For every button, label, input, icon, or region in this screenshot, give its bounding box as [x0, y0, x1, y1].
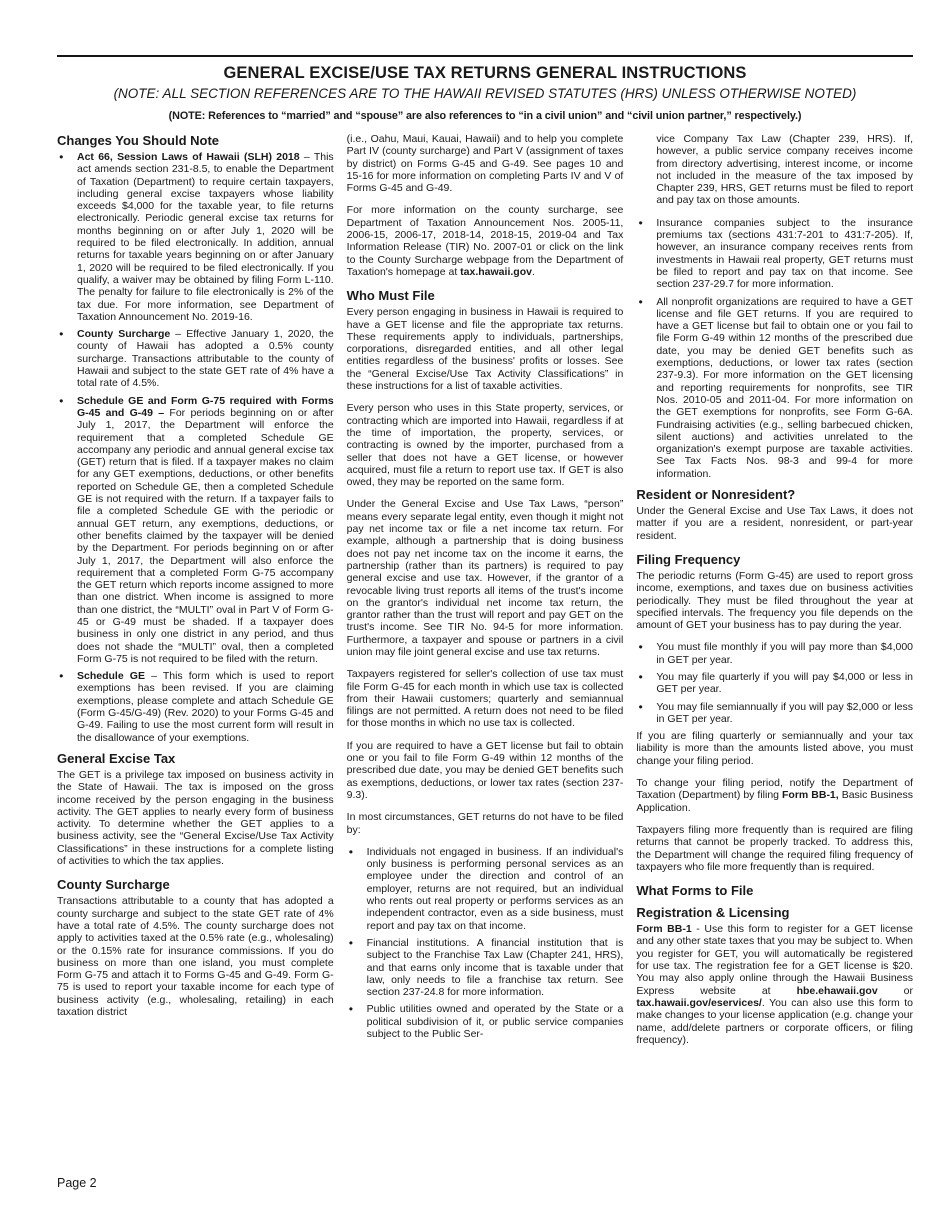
- column-left: Changes You Should Note●Act 66, Session …: [57, 133, 334, 1028]
- bullet-icon: ●: [636, 701, 656, 726]
- section-heading-registration-licensing: Registration & Licensing: [636, 905, 913, 920]
- text-run: (i.e., Oahu, Maui, Kauai, Hawaii) and to…: [347, 133, 624, 194]
- bullet-text: Public utilities owned and operated by t…: [367, 1003, 624, 1040]
- section-heading-filing-frequency: Filing Frequency: [636, 552, 913, 567]
- paragraph: If you are filing quarterly or semiannua…: [636, 730, 913, 767]
- page-number: Page 2: [57, 1176, 97, 1190]
- section-heading-what-forms-to-file: What Forms to File: [636, 883, 913, 898]
- three-column-body: Changes You Should Note●Act 66, Session …: [57, 133, 913, 1056]
- bullet-icon: ●: [57, 151, 77, 323]
- paragraph: The GET is a privilege tax imposed on bu…: [57, 769, 334, 867]
- bullet-item: ●Act 66, Session Laws of Hawaii (SLH) 20…: [57, 151, 334, 323]
- bullet-icon: ●: [636, 217, 656, 291]
- bullet-icon: ●: [347, 937, 367, 998]
- paragraph: Transactions attributable to a county th…: [57, 895, 334, 1018]
- text-run: .: [532, 266, 535, 278]
- paragraph: In most circumstances, GET returns do no…: [347, 811, 624, 836]
- text-run: If you are filing quarterly or semiannua…: [636, 730, 913, 767]
- text-run: You must file monthly if you will pay mo…: [656, 641, 913, 665]
- header-rule: [57, 55, 913, 57]
- section-heading-resident-or-nonresident: Resident or Nonresident?: [636, 487, 913, 502]
- bold-text: Schedule GE: [77, 670, 145, 682]
- text-run: You may file quarterly if you will pay $…: [656, 671, 913, 695]
- bullet-icon: ●: [636, 641, 656, 666]
- bullet-icon: ●: [636, 296, 656, 480]
- paragraph: Every person who uses in this State prop…: [347, 402, 624, 488]
- text-run: vice Company Tax Law (Chapter 239, HRS).…: [656, 133, 913, 206]
- bullet-item: ●You may file quarterly if you will pay …: [636, 671, 913, 696]
- bullet-text: Individuals not engaged in business. If …: [367, 846, 624, 932]
- bullet-icon: ●: [57, 395, 77, 666]
- bullet-item: ●You must file monthly if you will pay m…: [636, 641, 913, 666]
- paragraph: Taxpayers registered for seller's collec…: [347, 668, 624, 729]
- bold-text: Act 66, Session Laws of Hawaii (SLH) 201…: [77, 151, 300, 163]
- bullet-item: ●Individuals not engaged in business. If…: [347, 846, 624, 932]
- text-run: All nonprofit organizations are required…: [656, 296, 913, 480]
- bold-text: tax.hawaii.gov/eservices/: [636, 997, 762, 1009]
- section-heading-changes-you-should-note: Changes You Should Note: [57, 133, 334, 148]
- bullet-icon: ●: [57, 670, 77, 744]
- text-run: If you are required to have a GET licens…: [347, 740, 624, 801]
- bullet-icon: ●: [347, 846, 367, 932]
- document-title: GENERAL EXCISE/USE TAX RETURNS GENERAL I…: [57, 64, 913, 83]
- bullet-item: ●Financial institutions. A financial ins…: [347, 937, 624, 998]
- bullet-icon: ●: [57, 328, 77, 389]
- paragraph: To change your filing period, notify the…: [636, 777, 913, 814]
- bold-text: hbe.ehawaii.gov: [797, 985, 878, 997]
- bold-text: County Surcharge: [77, 328, 170, 340]
- text-run: Individuals not engaged in business. If …: [367, 846, 624, 932]
- text-run: Taxpayers registered for seller's collec…: [347, 668, 624, 729]
- text-run: Under the General Excise and Use Tax Law…: [636, 505, 913, 542]
- bullet-text: All nonprofit organizations are required…: [656, 296, 913, 480]
- paragraph: If you are required to have a GET licens…: [347, 740, 624, 801]
- paragraph: Under the General Excise and Use Tax Law…: [636, 505, 913, 542]
- text-run: Insurance companies subject to the insur…: [656, 217, 913, 290]
- section-heading-who-must-file: Who Must File: [347, 288, 624, 303]
- continuation-paragraph: vice Company Tax Law (Chapter 239, HRS).…: [656, 133, 913, 207]
- text-run: Transactions attributable to a county th…: [57, 895, 334, 1018]
- paragraph: The periodic returns (Form G-45) are use…: [636, 570, 913, 631]
- section-heading-county-surcharge: County Surcharge: [57, 877, 334, 892]
- note-civil-union: (NOTE: References to “married” and “spou…: [57, 110, 913, 122]
- bullet-text: Insurance companies subject to the insur…: [656, 217, 913, 291]
- paragraph: Taxpayers filing more frequently than is…: [636, 824, 913, 873]
- text-run: Under the General Excise and Use Tax Law…: [347, 498, 624, 658]
- note-hrs-references: (NOTE: ALL SECTION REFERENCES ARE TO THE…: [57, 86, 913, 101]
- text-run: Public utilities owned and operated by t…: [367, 1003, 624, 1040]
- bullet-text: Schedule GE – This form which is used to…: [77, 670, 334, 744]
- bullet-text: County Surcharge – Effective January 1, …: [77, 328, 334, 389]
- column-right: vice Company Tax Law (Chapter 239, HRS).…: [636, 133, 913, 1056]
- text-run: Every person who uses in this State prop…: [347, 402, 624, 488]
- text-run: The GET is a privilege tax imposed on bu…: [57, 769, 334, 867]
- bullet-item: ●Public utilities owned and operated by …: [347, 1003, 624, 1040]
- bold-text: Form BB-1: [636, 923, 691, 935]
- bullet-text: You may file semiannually if you will pa…: [656, 701, 913, 726]
- column-middle: (i.e., Oahu, Maui, Kauai, Hawaii) and to…: [347, 133, 624, 1045]
- text-run: The periodic returns (Form G-45) are use…: [636, 570, 913, 631]
- bullet-item: ●Insurance companies subject to the insu…: [636, 217, 913, 291]
- text-run: You may file semiannually if you will pa…: [656, 701, 913, 725]
- paragraph: Form BB-1 - Use this form to register fo…: [636, 923, 913, 1046]
- bullet-icon: ●: [636, 671, 656, 696]
- text-run: For periods beginning on or after July 1…: [77, 407, 334, 665]
- paragraph: Under the General Excise and Use Tax Law…: [347, 498, 624, 658]
- text-run: Financial institutions. A financial inst…: [367, 937, 624, 998]
- text-run: In most circumstances, GET returns do no…: [347, 811, 624, 835]
- section-heading-general-excise-tax: General Excise Tax: [57, 751, 334, 766]
- bullet-item: ●Schedule GE and Form G-75 required with…: [57, 395, 334, 666]
- text-run: or: [878, 985, 913, 997]
- bold-text: Form BB-1,: [782, 789, 839, 801]
- bullet-text: Financial institutions. A financial inst…: [367, 937, 624, 998]
- paragraph: For more information on the county surch…: [347, 204, 624, 278]
- bullet-text: Schedule GE and Form G-75 required with …: [77, 395, 334, 666]
- bullet-item: ●County Surcharge – Effective January 1,…: [57, 328, 334, 389]
- text-run: – This act amends section 231-8.5, to en…: [77, 151, 334, 323]
- bullet-icon: ●: [347, 1003, 367, 1040]
- bullet-item: ●All nonprofit organizations are require…: [636, 296, 913, 480]
- bullet-item: ●You may file semiannually if you will p…: [636, 701, 913, 726]
- document-page: GENERAL EXCISE/USE TAX RETURNS GENERAL I…: [57, 0, 913, 1056]
- text-run: Taxpayers filing more frequently than is…: [636, 824, 913, 873]
- paragraph: Every person engaging in business in Haw…: [347, 306, 624, 392]
- text-run: Every person engaging in business in Haw…: [347, 306, 624, 392]
- bullet-item: ●Schedule GE – This form which is used t…: [57, 670, 334, 744]
- bullet-text: Act 66, Session Laws of Hawaii (SLH) 201…: [77, 151, 334, 323]
- bold-text: tax.hawaii.gov: [460, 266, 532, 278]
- bullet-text: You may file quarterly if you will pay $…: [656, 671, 913, 696]
- bullet-text: You must file monthly if you will pay mo…: [656, 641, 913, 666]
- paragraph: (i.e., Oahu, Maui, Kauai, Hawaii) and to…: [347, 133, 624, 194]
